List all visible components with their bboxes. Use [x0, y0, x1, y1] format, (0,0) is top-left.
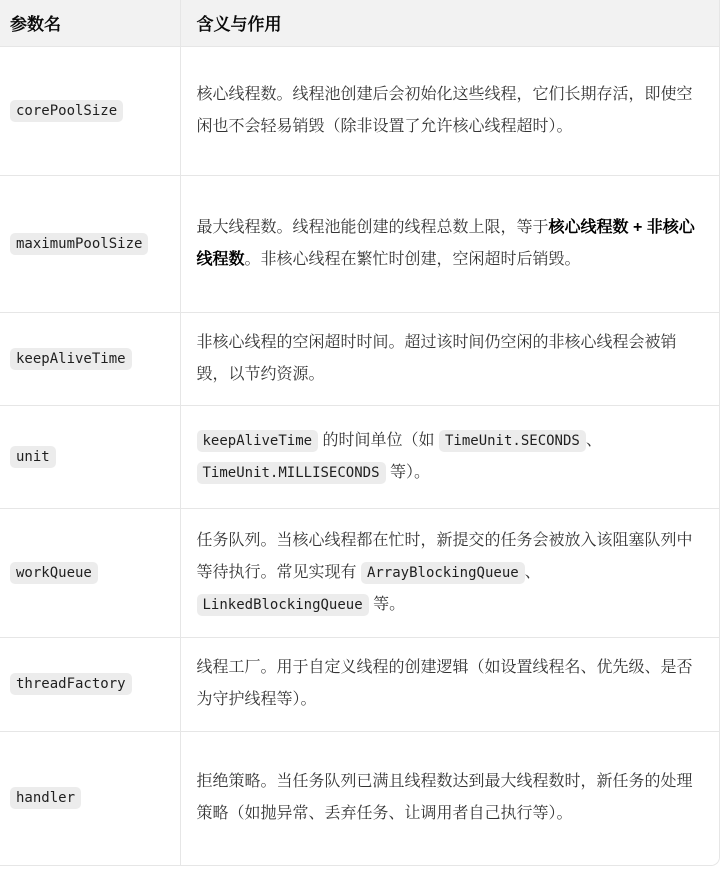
param-cell: maximumPoolSize [0, 175, 180, 312]
inline-code-chip: LinkedBlockingQueue [197, 594, 369, 616]
param-cell: unit [0, 405, 180, 508]
desc-text: 核心线程数。线程池创建后会初始化这些线程，它们长期存活，即使空闲也不会轻易销毁（… [197, 86, 693, 135]
param-cell: workQueue [0, 508, 180, 637]
inline-code-chip: keepAliveTime [197, 430, 319, 452]
inline-code-chip: TimeUnit.SECONDS [439, 430, 586, 452]
desc-text: 、 [525, 564, 541, 581]
table-row: unitkeepAliveTime 的时间单位（如 TimeUnit.SECON… [0, 405, 719, 508]
param-code-chip: handler [10, 787, 81, 809]
desc-cell: 拒绝策略。当任务队列已满且线程数达到最大线程数时，新任务的处理策略（如抛异常、丢… [180, 731, 719, 865]
desc-text: 拒绝策略。当任务队列已满且线程数达到最大线程数时，新任务的处理策略（如抛异常、丢… [197, 773, 693, 822]
table-row: workQueue任务队列。当核心线程都在忙时，新提交的任务会被放入该阻塞队列中… [0, 508, 719, 637]
header-cell-desc: 含义与作用 [180, 0, 719, 46]
param-cell: threadFactory [0, 637, 180, 731]
desc-cell: 任务队列。当核心线程都在忙时，新提交的任务会被放入该阻塞队列中等待执行。常见实现… [180, 508, 719, 637]
table-body: corePoolSize核心线程数。线程池创建后会初始化这些线程，它们长期存活，… [0, 46, 719, 865]
param-cell: keepAliveTime [0, 312, 180, 405]
param-cell: handler [0, 731, 180, 865]
desc-cell: keepAliveTime 的时间单位（如 TimeUnit.SECONDS、T… [180, 405, 719, 508]
header-cell-param: 参数名 [0, 0, 180, 46]
parameter-table-container: 参数名 含义与作用 corePoolSize核心线程数。线程池创建后会初始化这些… [0, 0, 720, 866]
desc-text: 。非核心线程在繁忙时创建，空闲超时后销毁。 [245, 251, 581, 268]
desc-cell: 最大线程数。线程池能创建的线程总数上限，等于核心线程数 + 非核心线程数。非核心… [180, 175, 719, 312]
desc-text: 线程工厂。用于自定义线程的创建逻辑（如设置线程名、优先级、是否为守护线程等）。 [197, 659, 693, 708]
thread-pool-parameter-table: 参数名 含义与作用 corePoolSize核心线程数。线程池创建后会初始化这些… [0, 0, 719, 865]
param-code-chip: keepAliveTime [10, 348, 132, 370]
table-row: keepAliveTime非核心线程的空闲超时时间。超过该时间仍空闲的非核心线程… [0, 312, 719, 405]
desc-cell: 线程工厂。用于自定义线程的创建逻辑（如设置线程名、优先级、是否为守护线程等）。 [180, 637, 719, 731]
desc-text: 非核心线程的空闲超时时间。超过该时间仍空闲的非核心线程会被销毁，以节约资源。 [197, 334, 677, 383]
param-code-chip: corePoolSize [10, 100, 123, 122]
param-cell: corePoolSize [0, 46, 180, 175]
param-code-chip: maximumPoolSize [10, 233, 148, 255]
desc-text: 最大线程数。线程池能创建的线程总数上限，等于 [197, 219, 549, 236]
desc-text: 的时间单位（如 [318, 432, 439, 449]
param-code-chip: threadFactory [10, 673, 132, 695]
desc-text: 等。 [369, 596, 405, 613]
inline-code-chip: ArrayBlockingQueue [361, 562, 525, 584]
desc-text: 、 [586, 432, 602, 449]
desc-cell: 核心线程数。线程池创建后会初始化这些线程，它们长期存活，即使空闲也不会轻易销毁（… [180, 46, 719, 175]
inline-code-chip: TimeUnit.MILLISECONDS [197, 462, 386, 484]
param-code-chip: unit [10, 446, 56, 468]
desc-text: 等）。 [386, 464, 430, 481]
table-row: threadFactory线程工厂。用于自定义线程的创建逻辑（如设置线程名、优先… [0, 637, 719, 731]
param-code-chip: workQueue [10, 562, 98, 584]
table-row: corePoolSize核心线程数。线程池创建后会初始化这些线程，它们长期存活，… [0, 46, 719, 175]
table-row: maximumPoolSize最大线程数。线程池能创建的线程总数上限，等于核心线… [0, 175, 719, 312]
desc-cell: 非核心线程的空闲超时时间。超过该时间仍空闲的非核心线程会被销毁，以节约资源。 [180, 312, 719, 405]
table-header-row: 参数名 含义与作用 [0, 0, 719, 46]
table-row: handler拒绝策略。当任务队列已满且线程数达到最大线程数时，新任务的处理策略… [0, 731, 719, 865]
